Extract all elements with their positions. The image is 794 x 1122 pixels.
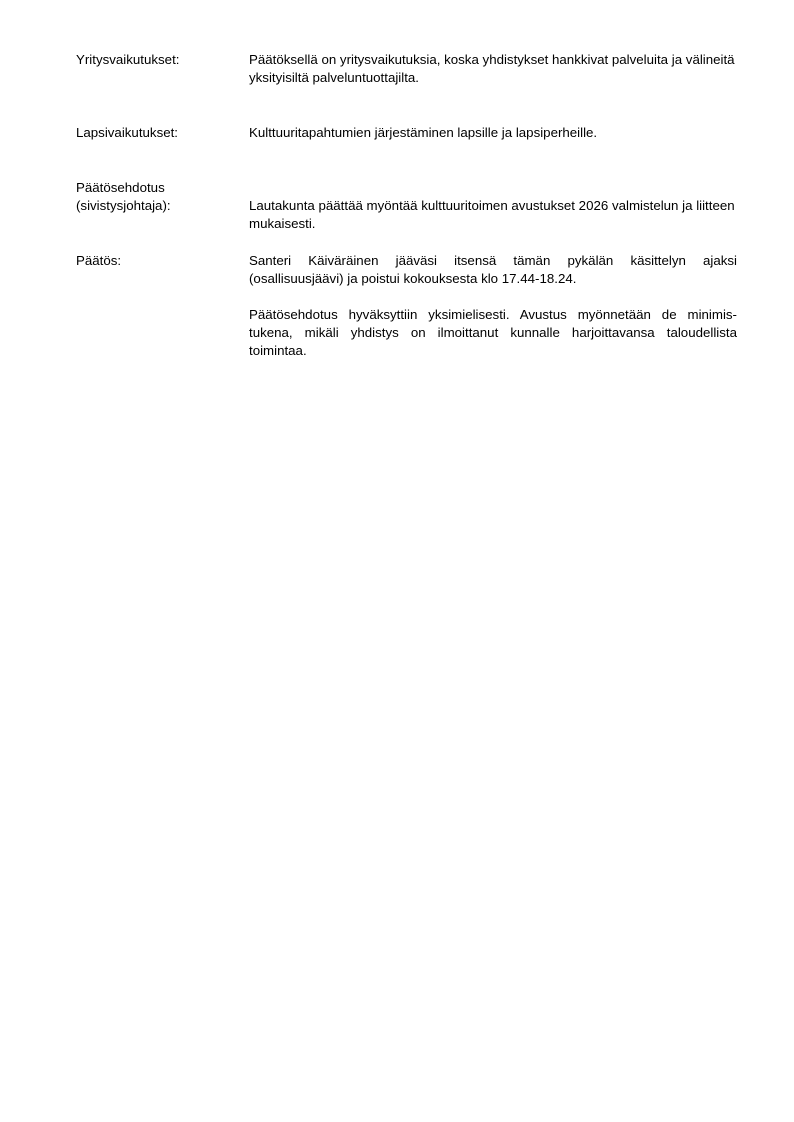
section-label: Päätös: xyxy=(76,252,246,270)
section-label: Lapsivaikutukset: xyxy=(76,124,246,142)
paragraph-decision: Päätösehdotus hyväksyttiin yksimielisest… xyxy=(249,306,737,360)
paragraph: Kulttuuritapahtumien järjestäminen lapsi… xyxy=(249,124,737,142)
section-label: Päätösehdotus (sivistysjohtaja): xyxy=(76,179,246,215)
paragraph-jaavi: Santeri Käiväräinen jääväsi itsensä tämä… xyxy=(249,252,737,288)
section-label: Yritysvaikutukset: xyxy=(76,51,246,69)
section-text: Kulttuuritapahtumien järjestäminen lapsi… xyxy=(249,124,737,142)
label-line-2: (sivistysjohtaja): xyxy=(76,197,246,215)
section-text: Lautakunta päättää myöntää kulttuuritoim… xyxy=(249,197,737,233)
label-line-1: Päätösehdotus xyxy=(76,179,246,197)
section-text: Päätöksellä on yritysvaikutuksia, koska … xyxy=(249,51,737,87)
paragraph: Lautakunta päättää myöntää kulttuuritoim… xyxy=(249,197,737,233)
paragraph: Päätöksellä on yritysvaikutuksia, koska … xyxy=(249,51,737,87)
section-text: Santeri Käiväräinen jääväsi itsensä tämä… xyxy=(249,252,737,360)
